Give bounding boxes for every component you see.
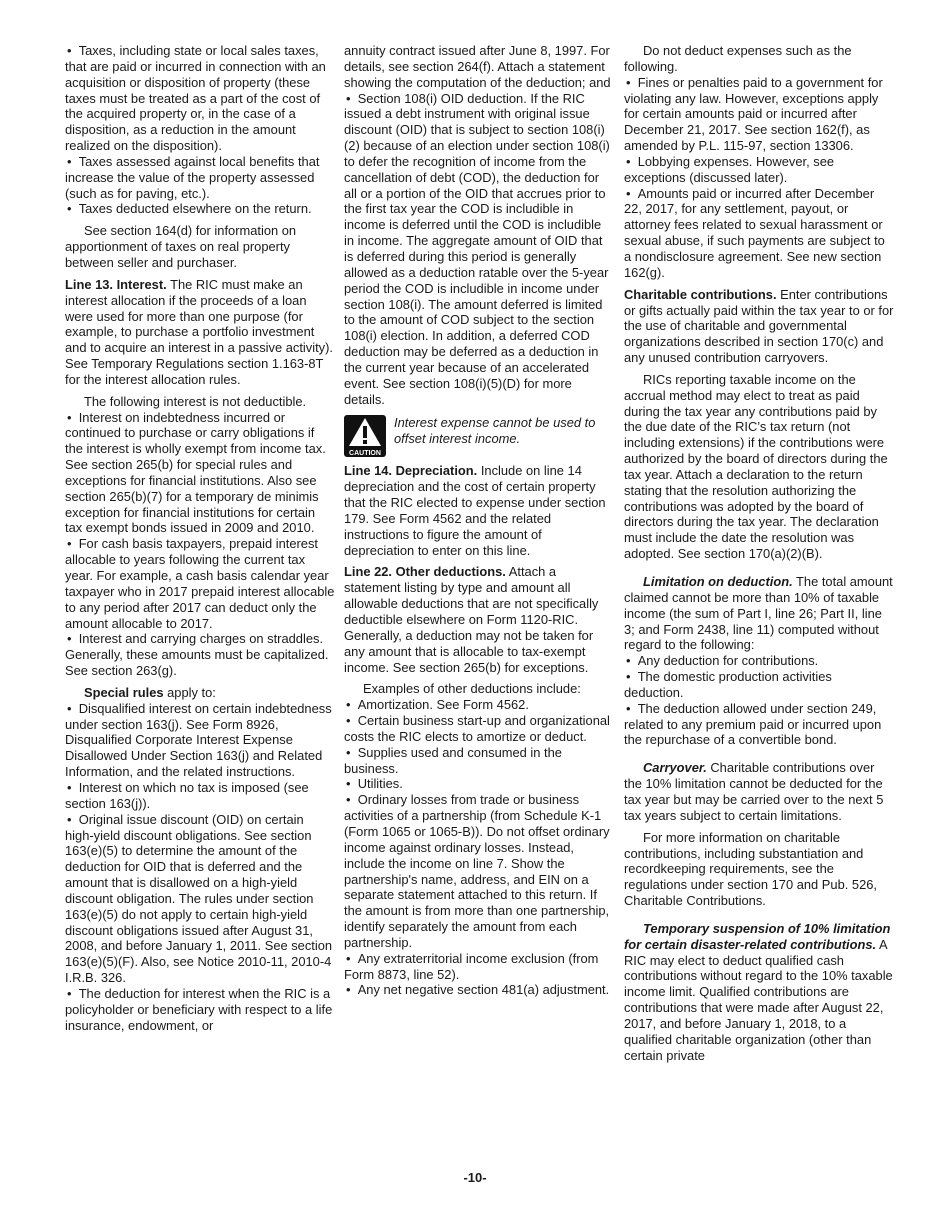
- bullet-no-tax-imposed: Interest on which no tax is imposed (see…: [65, 780, 335, 812]
- heading-special-rules: Special rules: [84, 685, 164, 700]
- section-line-22-other-deductions: Line 22. Other deductions. Attach a stat…: [344, 564, 614, 675]
- paragraph-section-164d: See section 164(d) for information on ap…: [65, 223, 335, 271]
- bullet-section-481a: Any net negative section 481(a) adjustme…: [344, 982, 614, 998]
- bullet-section-108i: Section 108(i) OID deduction. If the RIC…: [344, 91, 614, 408]
- bullet-partnership-losses: Ordinary losses from trade or business a…: [344, 792, 614, 950]
- caution-label: CAUTION: [349, 450, 381, 457]
- bullet-startup-costs: Certain business start-up and organizati…: [344, 713, 614, 745]
- paragraph-special-rules: Special rules apply to:: [65, 685, 335, 701]
- paragraph-annuity-continued: annuity contract issued after June 8, 19…: [344, 43, 614, 91]
- heading-limitation: Limitation on deduction.: [643, 574, 793, 589]
- bullet-straddles: Interest and carrying charges on straddl…: [65, 631, 335, 679]
- bullet-oid-high-yield: Original issue discount (OID) on certain…: [65, 812, 335, 986]
- heading-line-22: Line 22. Other deductions.: [344, 564, 506, 579]
- paragraph-do-not-deduct: Do not deduct expenses such as the follo…: [624, 43, 894, 75]
- heading-temporary-suspension: Temporary suspension of 10% limitation f…: [624, 921, 890, 952]
- caution-icon: CAUTION: [344, 415, 386, 457]
- heading-line-13: Line 13. Interest.: [65, 277, 167, 292]
- caution-note: CAUTION Interest expense cannot be used …: [344, 415, 614, 457]
- bullet-fines-penalties: Fines or penalties paid to a government …: [624, 75, 894, 154]
- bullet-tax-exempt-obligations: Interest on indebtedness incurred or con…: [65, 410, 335, 537]
- bullet-prepaid-interest: For cash basis taxpayers, prepaid intere…: [65, 536, 335, 631]
- bullet-section-249: The deduction allowed under section 249,…: [624, 701, 894, 749]
- section-limitation: Limitation on deduction. The total amoun…: [624, 574, 894, 653]
- heading-carryover: Carryover.: [643, 760, 707, 775]
- section-charitable-contributions: Charitable contributions. Enter contribu…: [624, 287, 894, 366]
- section-line-14-depreciation: Line 14. Depreciation. Include on line 1…: [344, 463, 614, 558]
- bullet-lobbying: Lobbying expenses. However, see exceptio…: [624, 154, 894, 186]
- column-2: annuity contract issued after June 8, 19…: [344, 43, 614, 998]
- bullet-extraterritorial: Any extraterritorial income exclusion (f…: [344, 951, 614, 983]
- column-1: Taxes, including state or local sales ta…: [65, 43, 335, 1033]
- caution-text: Interest expense cannot be used to offse…: [394, 415, 614, 447]
- paragraph-more-info: For more information on charitable contr…: [624, 830, 894, 909]
- bullet-taxes-acquisition: Taxes, including state or local sales ta…: [65, 43, 335, 154]
- bullet-taxes-deducted-elsewhere: Taxes deducted elsewhere on the return.: [65, 201, 335, 217]
- bullet-contributions: Any deduction for contributions.: [624, 653, 894, 669]
- bullet-amortization: Amortization. See Form 4562.: [344, 697, 614, 713]
- bullet-settlements: Amounts paid or incurred after December …: [624, 186, 894, 281]
- section-temporary-suspension: Temporary suspension of 10% limitation f…: [624, 921, 894, 1064]
- bullet-utilities: Utilities.: [344, 776, 614, 792]
- section-carryover: Carryover. Charitable contributions over…: [624, 760, 894, 823]
- heading-charitable: Charitable contributions.: [624, 287, 777, 302]
- line-13-text: The RIC must make an interest allocation…: [65, 277, 333, 387]
- paragraph-not-deductible: The following interest is not deductible…: [65, 394, 335, 410]
- bullet-life-insurance: The deduction for interest when the RIC …: [65, 986, 335, 1034]
- bullet-supplies: Supplies used and consumed in the busine…: [344, 745, 614, 777]
- bullet-taxes-local-benefits: Taxes assessed against local benefits th…: [65, 154, 335, 202]
- section-line-13-interest: Line 13. Interest. The RIC must make an …: [65, 277, 335, 388]
- column-3: Do not deduct expenses such as the follo…: [624, 43, 894, 1063]
- bullet-domestic-production: The domestic production activities deduc…: [624, 669, 894, 701]
- paragraph-accrual-method: RICs reporting taxable income on the acc…: [624, 372, 894, 562]
- page-number: -10-: [0, 1170, 950, 1186]
- bullet-disqualified-interest: Disqualified interest on certain indebte…: [65, 701, 335, 780]
- paragraph-examples: Examples of other deductions include:: [344, 681, 614, 697]
- heading-line-14: Line 14. Depreciation.: [344, 463, 477, 478]
